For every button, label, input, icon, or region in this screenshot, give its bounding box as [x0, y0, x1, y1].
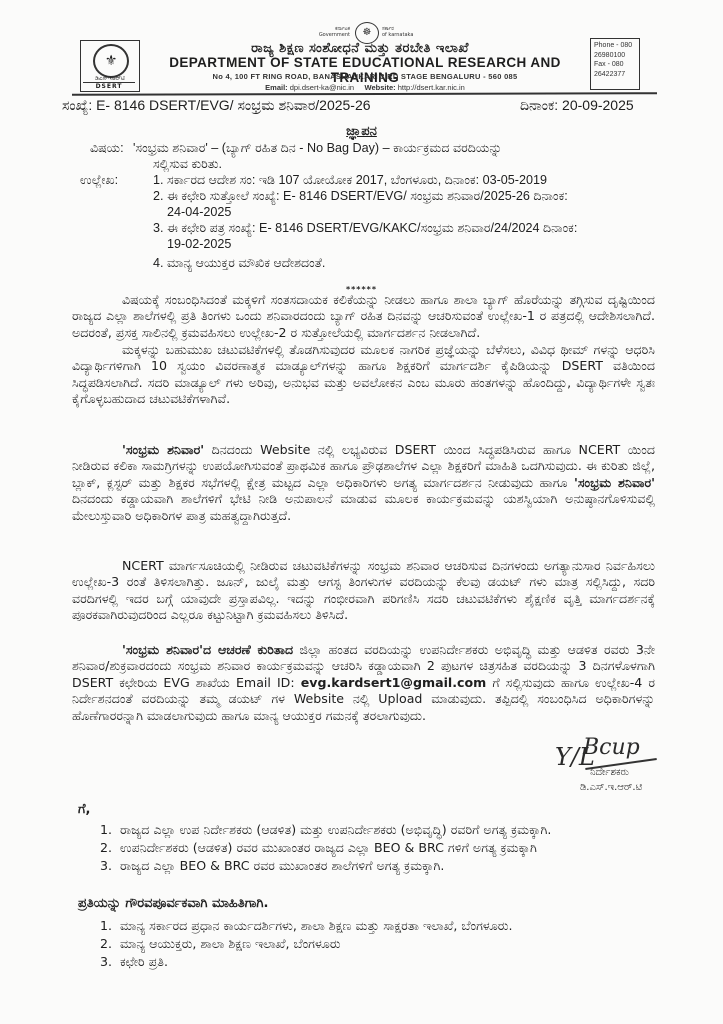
signature-block: Y/L Bcup ನಿರ್ದೇಶಕರು ಡಿ.ಎಸ್.ಇ.ಆರ್.ಟಿ — [555, 735, 665, 805]
report-email: evg.kardsert1@gmail.com — [301, 675, 487, 690]
email-label: Email: — [265, 83, 288, 92]
list-item: 2. ಮಾನ್ಯ ಆಯುಕ್ತರು, ಶಾಲಾ ಶಿಕ್ಷಣ ಇಲಾಖೆ, ಬೆ… — [100, 936, 660, 952]
email-value: dpi.dsert-ka@nic.in — [290, 83, 354, 92]
header-divider — [72, 92, 657, 96]
memo-title: ಜ್ಞಾಪನ — [0, 124, 723, 139]
highlight-sambhrama-shanivara-2: 'ಸಂಭ್ರಮ ಶನಿವಾರ' — [574, 475, 655, 490]
phone-label: Phone - 080 — [594, 41, 636, 51]
reference-item-3-cont: 19-02-2025 — [167, 237, 231, 253]
phone-fax-box: Phone - 080 26980100 Fax - 080 26422377 — [590, 38, 640, 90]
subject-label: ವಿಷಯ: — [90, 141, 124, 157]
list-item: 1. ಮಾನ್ಯ ಸರ್ಕಾರದ ಪ್ರಧಾನ ಕಾರ್ಯದರ್ಶಿಗಳು, ಶ… — [100, 918, 660, 934]
department-address: No 4, 100 FT RING ROAD, BANASHANKARI 3 R… — [160, 72, 570, 81]
highlight-sambhrama-shanivara: 'ಸಂಭ್ರಮ ಶನಿವಾರ' — [122, 442, 204, 457]
recipients-list: 1. ರಾಜ್ಯದ ಎಲ್ಲಾ ಉಪ ನಿರ್ದೇಶಕರು (ಆಡಳಿತ) ಮತ… — [100, 822, 660, 874]
reference-item-2-cont: 24-04-2025 — [167, 205, 231, 221]
signatory-name: ಡಿ.ಎಸ್.ಇ.ಆರ್.ಟಿ — [580, 782, 642, 793]
highlight-celebration: 'ಸಂಭ್ರಮ ಶನಿವಾರ'ದ ಆಚರಣೆ ಕುರಿತಾದ — [122, 642, 293, 657]
memo-date: ದಿನಾಂಕ: 20-09-2025 — [520, 97, 634, 114]
reference-number: ಸಂಖ್ಯೆ: E- 8146 DSERT/EVG/ ಸಂಭ್ರಮ ಶನಿವಾರ… — [62, 97, 371, 114]
phone-number: 26980100 — [594, 51, 636, 61]
copies-heading: ಪ್ರತಿಯನ್ನು ಗೌರವಪೂರ್ವಕವಾಗಿ ಮಾಹಿತಿಗಾಗಿ. — [78, 896, 268, 911]
copies-list: 1. ಮಾನ್ಯ ಸರ್ಕಾರದ ಪ್ರಧಾನ ಕಾರ್ಯದರ್ಶಿಗಳು, ಶ… — [100, 918, 660, 970]
list-item: 3. ಕಛೇರಿ ಪ್ರತಿ. — [100, 954, 660, 970]
dsert-logo: ⚜ ಡಿಎಸ್‌ಇಆರ್‌ಟಿ DSERT — [80, 40, 140, 92]
fax-number: 26422377 — [594, 70, 636, 80]
fax-label: Fax - 080 — [594, 60, 636, 70]
body-paragraph-2: ಮಕ್ಕಳನ್ನು ಬಹುಮುಖ ಚಟುವಟಿಕೆಗಳಲ್ಲಿ ತೊಡಗಿಸುವ… — [72, 342, 655, 408]
department-contact: Email: dpi.dsert-ka@nic.in Website: http… — [160, 83, 570, 92]
list-item: 1. ರಾಜ್ಯದ ಎಲ್ಲಾ ಉಪ ನಿರ್ದೇಶಕರು (ಆಡಳಿತ) ಮತ… — [100, 822, 660, 838]
reference-item-3: 3. ಈ ಕಛೇರಿ ಪತ್ರ ಸಂಖ್ಯೆ: E- 8146 DSERT/EV… — [153, 221, 577, 237]
recipients-heading: ಗೆ, — [78, 802, 91, 817]
body-paragraph-5: 'ಸಂಭ್ರಮ ಶನಿವಾರ'ದ ಆಚರಣೆ ಕುರಿತಾದ ಜಿಲ್ಲಾ ಹಂ… — [72, 642, 655, 724]
subject-line-1: 'ಸಂಭ್ರಮ ಶನಿವಾರ' – (ಬ್ಯಾಗ್ ರಹಿತ ದಿನ - No … — [133, 141, 502, 157]
signatory-title: ನಿರ್ದೇಶಕರು — [590, 767, 629, 778]
signature-scrawl: Bcup — [583, 735, 640, 760]
memo-document: ಕರ್ನಾಟಕ Government ☸ ಸರ್ಕಾರ of karnataka… — [0, 0, 723, 1024]
logo-en-text: DSERT — [83, 82, 135, 90]
dsert-emblem-icon: ⚜ — [93, 44, 129, 78]
reference-item-1: 1. ಸರ್ಕಾರದ ಆದೇಶ ಸಂ: ಇಡಿ 107 ಯೋಯೋಕ 2017, … — [153, 173, 547, 189]
list-item: 2. ಉಪನಿರ್ದೇಶಕರು (ಆಡಳಿತ) ರವರ ಮುಖಾಂತರ ರಾಜ್… — [100, 840, 660, 856]
reference-item-2: 2. ಈ ಕಛೇರಿ ಸುತ್ತೋಲೆ ಸಂಖ್ಯೆ: E- 8146 DSER… — [153, 189, 568, 205]
website-value: http://dsert.kar.nic.in — [398, 83, 465, 92]
list-item: 3. ರಾಜ್ಯದ ಎಲ್ಲಾ BEO & BRC ರವರ ಮುಖಾಂತರ ಶಾ… — [100, 858, 660, 874]
body-paragraph-3: 'ಸಂಭ್ರಮ ಶನಿವಾರ' ದಿನದಂದು Website ನಲ್ಲಿ ಲಭ… — [72, 442, 655, 524]
department-name-kannada: ರಾಜ್ಯ ಶಿಕ್ಷಣ ಸಂಶೋಧನೆ ಮತ್ತು ತರಬೇತಿ ಇಲಾಖೆ — [175, 41, 545, 56]
subject-line-2: ಸಲ್ಲಿಸುವ ಕುರಿತು. — [153, 157, 222, 173]
references-label: ಉಲ್ಲೇಖ: — [80, 173, 118, 189]
body-paragraph-1: ವಿಷಯಕ್ಕೆ ಸಂಬಂಧಿಸಿದಂತೆ ಮಕ್ಕಳಿಗೆ ಸಂತಸದಾಯಕ … — [72, 292, 655, 341]
reference-item-4: 4. ಮಾನ್ಯ ಆಯುಕ್ತರ ಮೌಖಿಕ ಆದೇಶದಂತೆ. — [153, 256, 325, 272]
gov-left-en: Government — [300, 32, 350, 38]
website-label: Website: — [365, 83, 396, 92]
gov-right-en: of karnataka — [382, 32, 432, 38]
logo-kn-text: ಡಿಎಸ್‌ಇಆರ್‌ಟಿ — [81, 75, 139, 82]
body-paragraph-4: NCERT ಮಾರ್ಗಸೂಚಿಯಲ್ಲಿ ನೀಡಿರುವ ಚಟುವಟಿಕೆಗಳನ… — [72, 558, 655, 624]
